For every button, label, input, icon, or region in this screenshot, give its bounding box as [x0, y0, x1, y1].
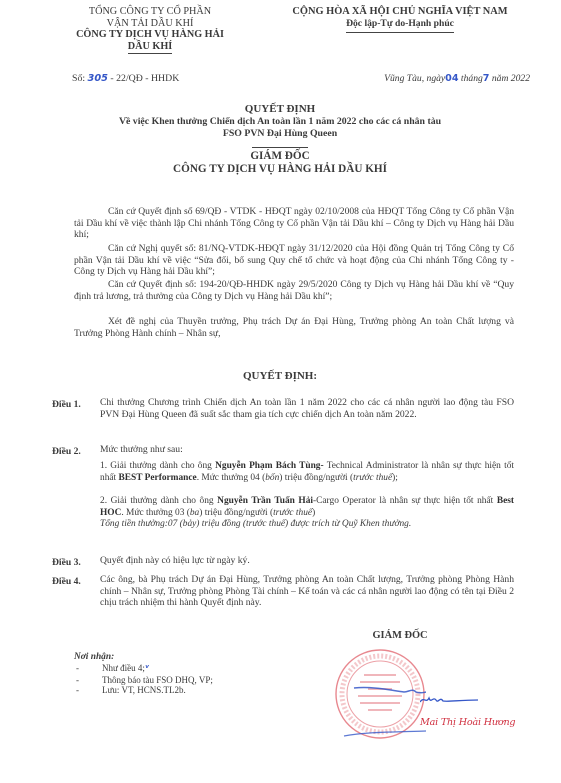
- article-4-text: Các ông, bà Phụ trách Dự án Đại Hùng, Tr…: [100, 574, 514, 609]
- title-subject-line2: FSO PVN Đại Hùng Queen: [40, 128, 520, 140]
- authority-line1: GIÁM ĐỐC: [40, 150, 520, 163]
- award-2-role: -Cargo Operator là nhân sự thực hiện tốt…: [313, 496, 497, 506]
- issuer-header: TỔNG CÔNG TY CỔ PHẦN VẬN TẢI DẦU KHÍ CÔN…: [60, 6, 240, 54]
- award-2-name: Nguyễn Trần Tuấn Hải: [217, 496, 313, 506]
- award-1-end: );: [392, 473, 398, 483]
- number-prefix: Số:: [72, 73, 88, 84]
- recipients-block: Nơi nhận: -Như điều 4;ᵛ -Thông báo tàu F…: [74, 652, 213, 696]
- document-number: Số: 305 - 22/QĐ - HHDK: [72, 73, 179, 84]
- national-motto: Độc lập-Tự do-Hạnh phúc: [346, 18, 454, 33]
- authority-heading: GIÁM ĐỐC CÔNG TY DỊCH VỤ HÀNG HẢI DẦU KH…: [40, 150, 520, 176]
- preamble-3: Căn cứ Quyết định số: 194-20/QĐ-HHDK ngà…: [74, 279, 514, 302]
- number-suffix: - 22/QĐ - HHDK: [108, 73, 179, 84]
- article-2-label: Điều 2.: [52, 446, 81, 457]
- signature-scribble-icon: [420, 692, 480, 708]
- recipient-item: -Thông báo tàu FSO DHQ, VP;: [74, 675, 213, 686]
- award-1-category: BEST Performance: [119, 473, 197, 483]
- date-day: 04: [445, 73, 458, 84]
- award-1-amount-unit: ) triệu đồng/người (: [279, 473, 353, 483]
- title-heading: QUYẾT ĐỊNH: [40, 103, 520, 116]
- article-4-label: Điều 4.: [52, 576, 81, 587]
- company-line1: CÔNG TY DỊCH VỤ HÀNG HẢI: [60, 29, 240, 41]
- award-1-amount: . Mức thưởng 04 (: [197, 473, 266, 483]
- recipient-item: -Lưu: VT, HCNS.TL2b.: [74, 685, 213, 696]
- decision-title: QUYẾT ĐỊNH Về việc Khen thưởng Chiến dịc…: [40, 103, 520, 140]
- document-page: TỔNG CÔNG TY CỔ PHẦN VẬN TẢI DẦU KHÍ CÔN…: [0, 0, 561, 783]
- award-2-amount-unit: ) triệu đồng/người (: [199, 508, 273, 518]
- award-2-amount-words: ba: [190, 508, 199, 518]
- date-month-label: tháng: [459, 73, 483, 84]
- recipient-text: Lưu: VT, HCNS.TL2b.: [102, 685, 186, 695]
- article-3-label: Điều 3.: [52, 557, 81, 568]
- award-1: 1. Giải thưởng dành cho ông Nguyễn Phạm …: [100, 461, 514, 484]
- award-1-name: Nguyễn Phạm Bách Tùng-: [215, 461, 324, 471]
- preamble-1: Căn cứ Quyết định số 69/QĐ - VTDK - HĐQT…: [74, 206, 514, 241]
- award-1-prefix: 1. Giải thưởng dành cho ông: [100, 461, 215, 471]
- article-1-text: Chi thưởng Chương trình Chiến dịch An to…: [100, 397, 514, 420]
- authority-line2: CÔNG TY DỊCH VỤ HÀNG HẢI DẦU KHÍ: [40, 163, 520, 176]
- handwritten-number: 305: [88, 73, 108, 84]
- award-2: 2. Giải thưởng dành cho ông Nguyễn Trần …: [100, 496, 514, 531]
- recipient-item: -Như điều 4;ᵛ: [74, 663, 213, 675]
- article-1-label: Điều 1.: [52, 399, 81, 410]
- preamble-2: Căn cứ Nghị quyết số: 81/NQ-VTDK-HĐQT ng…: [74, 243, 514, 278]
- award-1-amount-words: bốn: [265, 473, 279, 483]
- signature-title: GIÁM ĐỐC: [330, 630, 470, 641]
- national-header: CỘNG HÒA XÃ HỘI CHỦ NGHĨA VIỆT NAM Độc l…: [268, 6, 532, 33]
- article-3-text: Quyết định này có hiệu lực từ ngày ký.: [100, 555, 514, 567]
- company-line2: DẦU KHÍ: [128, 41, 172, 55]
- decision-heading: QUYẾT ĐỊNH:: [40, 370, 520, 382]
- signer-name: Mai Thị Hoài Hương: [420, 717, 515, 728]
- award-1-tax-note: trước thuế: [353, 473, 392, 483]
- award-2-end: ): [312, 508, 315, 518]
- document-date: Vũng Tàu, ngày04 tháng7 năm 2022: [330, 73, 530, 84]
- preamble-4: Xét đề nghị của Thuyền trưởng, Phụ trách…: [74, 316, 514, 339]
- total-award-note: Tổng tiền thưởng:07 (bảy) triệu đồng (tr…: [100, 519, 514, 531]
- recipient-text: Như điều 4;: [102, 663, 145, 673]
- title-subject-line1: Về việc Khen thưởng Chiến dịch An toàn l…: [40, 116, 520, 128]
- title-divider: [252, 147, 308, 148]
- recipients-heading: Nơi nhận:: [74, 652, 213, 663]
- date-place: Vũng Tàu, ngày: [384, 73, 445, 84]
- recipient-text: Thông báo tàu FSO DHQ, VP;: [102, 675, 213, 685]
- article-2-text: Mức thưởng như sau:: [100, 444, 514, 456]
- nation-name: CỘNG HÒA XÃ HỘI CHỦ NGHĨA VIỆT NAM: [268, 6, 532, 18]
- company-stamp-icon: [334, 648, 426, 740]
- parent-org-line1: TỔNG CÔNG TY CỔ PHẦN: [60, 6, 240, 18]
- award-2-tax-note: trước thuế: [273, 508, 312, 518]
- award-2-amount: . Mức thưởng 03 (: [121, 508, 190, 518]
- handwritten-mark-icon: ᵛ: [145, 664, 150, 674]
- parent-org-line2: VẬN TẢI DẦU KHÍ: [60, 18, 240, 30]
- date-year: năm 2022: [489, 73, 530, 84]
- award-2-prefix: 2. Giải thưởng dành cho ông: [100, 496, 217, 506]
